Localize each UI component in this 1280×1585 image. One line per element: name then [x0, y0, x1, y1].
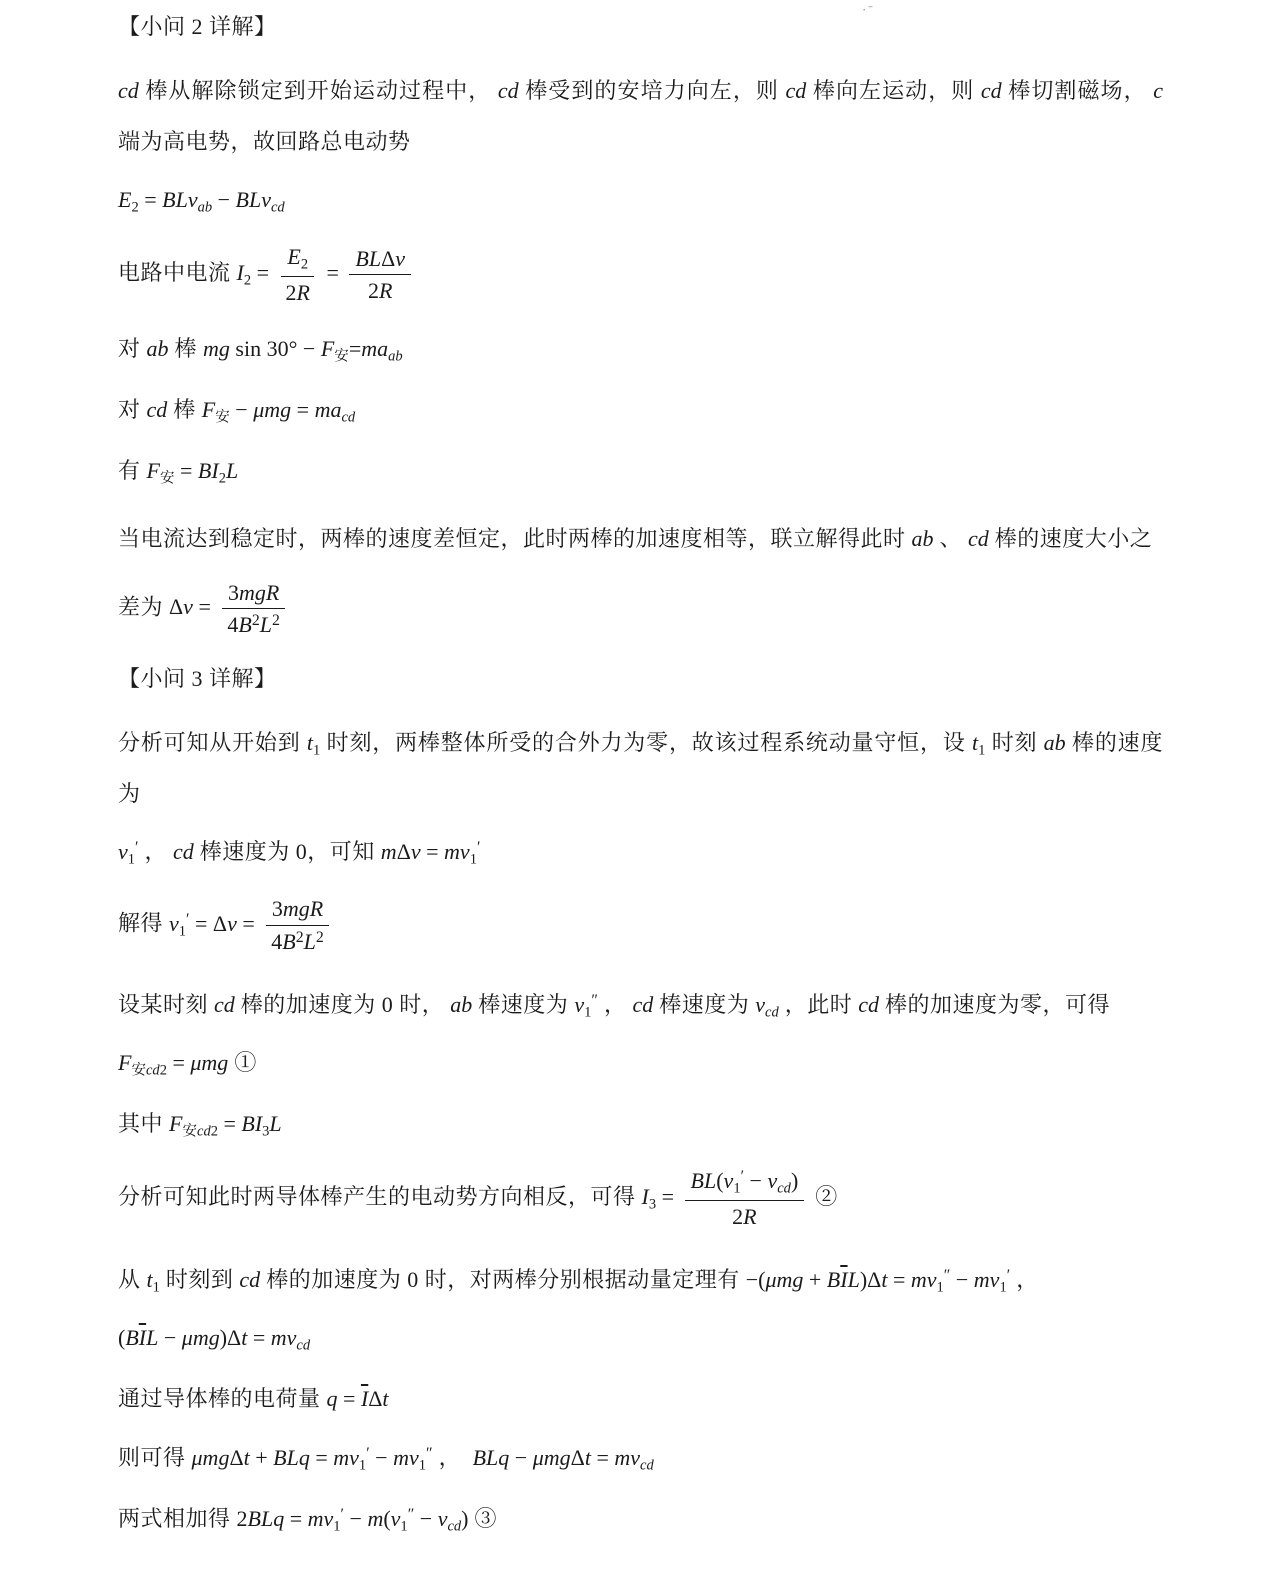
- math-expression: v1′: [118, 839, 139, 864]
- formula-line: 分析可知此时两导体棒产生的电动势方向相反，可得 I3 = BL(v1′ − vc…: [118, 1166, 1163, 1232]
- formula-line: 通过导体棒的电荷量 q = IΔt: [118, 1380, 1163, 1417]
- text-run: ，: [1010, 1267, 1039, 1292]
- text-run: 设某时刻: [118, 992, 214, 1017]
- math-expression: μmgΔt + BLq = mv1′ − mv1″: [192, 1445, 433, 1470]
- math-expression: cd: [858, 992, 879, 1017]
- text-run: 【小问 3 详解】: [118, 666, 277, 691]
- formula-line: 对 ab 棒 mg sin 30° − F安=maab: [118, 330, 1163, 369]
- formula-line: 其中 F安cd2 = BI3L: [118, 1105, 1163, 1144]
- math-expression: cd: [981, 78, 1002, 103]
- text-run: 有: [118, 458, 147, 483]
- text-run: 棒向左运动，则: [806, 78, 981, 103]
- text-run: 当电流达到稳定时，两棒的速度差恒定，此时两棒的加速度相等，联立解得此时: [118, 526, 912, 551]
- text-run: 棒速度为 0，可知: [194, 839, 381, 864]
- math-expression: ab: [912, 526, 934, 551]
- math-expression: −(μmg + BIL)Δt = mv1″ − mv1′: [746, 1267, 1010, 1292]
- text-run: 时刻到: [160, 1267, 240, 1292]
- math-expression: F安 − μmg = macd: [202, 397, 355, 422]
- math-expression: Δv = 3mgR4B2L2: [169, 594, 291, 619]
- formula-line: 解得 v1′ = Δv = 3mgR4B2L2: [118, 894, 1163, 957]
- section-heading: 【小问 3 详解】: [118, 662, 1163, 695]
- math-expression: I2 = E22R = BLΔv2R: [237, 260, 417, 285]
- math-expression: t1: [307, 730, 320, 755]
- text-run: 其中: [118, 1111, 169, 1136]
- math-expression: cd: [147, 397, 168, 422]
- math-expression: q = IΔt: [327, 1386, 389, 1411]
- text-run: 【小问 2 详解】: [118, 14, 277, 39]
- text-run: 棒切割磁场，: [1002, 78, 1154, 103]
- text-run: 棒: [167, 397, 202, 422]
- text-run: ①: [228, 1050, 257, 1075]
- math-expression: t1: [972, 730, 985, 755]
- text-run: 时刻: [985, 730, 1043, 755]
- math-expression: BLq − μmgΔt = mvcd: [473, 1445, 654, 1470]
- text-run: 、: [934, 526, 969, 551]
- math-expression: ab: [147, 336, 169, 361]
- text-run: ，: [139, 839, 174, 864]
- text-run: 棒: [169, 336, 204, 361]
- text-run: 对: [118, 336, 147, 361]
- math-expression: t1: [147, 1267, 160, 1292]
- formula-line: 差为 Δv = 3mgR4B2L2: [118, 578, 1163, 641]
- math-expression: I3 = BL(v1′ − vcd)2R: [642, 1184, 810, 1209]
- formula-line: 则可得 μmgΔt + BLq = mv1′ − mv1″ ， BLq − μm…: [118, 1439, 1163, 1478]
- math-expression: c: [1153, 78, 1163, 103]
- formula-line: 对 cd 棒 F安 − μmg = macd: [118, 391, 1163, 430]
- text-run: 解得: [118, 911, 169, 936]
- text-run: 端为高电势，故回路总电动势: [118, 129, 411, 154]
- math-expression: mg sin 30° − F安=maab: [203, 336, 403, 361]
- text-run: 棒的加速度为零，可得: [879, 992, 1110, 1017]
- text-run: 棒的加速度为 0 时，对两棒分别根据动量定理有: [260, 1267, 746, 1292]
- math-expression: v1″: [574, 992, 598, 1017]
- text-run: 时刻，两棒整体所受的合外力为零，故该过程系统动量守恒，设: [320, 730, 972, 755]
- text-run: 分析可知从开始到: [118, 730, 307, 755]
- document-body: 【小问 2 详解】cd 棒从解除锁定到开始运动过程中， cd 棒受到的安培力向左…: [118, 10, 1163, 1539]
- math-expression: cd: [632, 992, 653, 1017]
- math-expression: cd: [173, 839, 194, 864]
- math-expression: vcd: [755, 992, 778, 1017]
- formula-line: 两式相加得 2BLq = mv1′ − m(v1″ − vcd) ③: [118, 1500, 1163, 1539]
- math-expression: 2BLq = mv1′ − m(v1″ − vcd): [237, 1506, 469, 1531]
- text-run: ②: [809, 1184, 838, 1209]
- math-expression: v1′ = Δv = 3mgR4B2L2: [169, 911, 335, 936]
- text-run: 差为: [118, 594, 169, 619]
- math-expression: cd: [214, 992, 235, 1017]
- math-expression: ab: [450, 992, 472, 1017]
- math-expression: cd: [968, 526, 989, 551]
- text-run: 通过导体棒的电荷量: [118, 1386, 327, 1411]
- formula-line: 有 F安 = BI2L: [118, 452, 1163, 491]
- formula-line: E2 = BLvab − BLvcd: [118, 181, 1163, 220]
- text-run: 两式相加得: [118, 1506, 237, 1531]
- text-run: 从: [118, 1267, 147, 1292]
- paragraph: cd 棒从解除锁定到开始运动过程中， cd 棒受到的安培力向左，则 cd 棒向左…: [118, 65, 1163, 167]
- section-heading: 【小问 2 详解】: [118, 10, 1163, 43]
- text-run: 棒受到的安培力向左，则: [519, 78, 786, 103]
- text-run: 电路中电流: [118, 260, 237, 285]
- formula-line: F安cd2 = μmg ①: [118, 1044, 1163, 1083]
- text-run: ③: [469, 1506, 498, 1531]
- text-run: 则可得: [118, 1445, 192, 1470]
- paragraph: 分析可知从开始到 t1 时刻，两棒整体所受的合外力为零，故该过程系统动量守恒，设…: [118, 717, 1163, 819]
- paragraph: 设某时刻 cd 棒的加速度为 0 时， ab 棒速度为 v1″ ， cd 棒速度…: [118, 979, 1163, 1030]
- math-expression: ab: [1044, 730, 1066, 755]
- solution-document: ·ˉ 【小问 2 详解】cd 棒从解除锁定到开始运动过程中， cd 棒受到的安培…: [0, 0, 1280, 1585]
- text-run: 对: [118, 397, 147, 422]
- math-expression: E2 = BLvab − BLvcd: [118, 187, 285, 212]
- text-run: 棒从解除锁定到开始运动过程中，: [139, 78, 498, 103]
- math-expression: (BIL − μmg)Δt = mvcd: [118, 1325, 310, 1350]
- math-expression: mΔv = mv1′: [381, 839, 481, 864]
- formula-line: 电路中电流 I2 = E22R = BLΔv2R: [118, 242, 1163, 308]
- text-run: 棒的速度大小之: [989, 526, 1153, 551]
- formula-line: v1′ ， cd 棒速度为 0，可知 mΔv = mv1′: [118, 833, 1163, 872]
- text-run: 棒速度为: [653, 992, 755, 1017]
- math-expression: F安 = BI2L: [147, 458, 239, 483]
- text-run: ，此时: [779, 992, 859, 1017]
- text-run: ，: [598, 992, 633, 1017]
- paragraph: 当电流达到稳定时，两棒的速度差恒定，此时两棒的加速度相等，联立解得此时 ab 、…: [118, 513, 1163, 564]
- text-run: 分析可知此时两导体棒产生的电动势方向相反，可得: [118, 1184, 642, 1209]
- math-expression: cd: [786, 78, 807, 103]
- math-expression: cd: [118, 78, 139, 103]
- text-run: ，: [433, 1445, 473, 1470]
- math-expression: F安cd2 = BI3L: [169, 1111, 282, 1136]
- math-expression: cd: [498, 78, 519, 103]
- text-run: 棒速度为: [472, 992, 574, 1017]
- math-expression: cd: [239, 1267, 260, 1292]
- scan-artifact: ·ˉ: [862, 2, 875, 18]
- text-run: 棒的加速度为 0 时，: [235, 992, 451, 1017]
- formula-line: (BIL − μmg)Δt = mvcd: [118, 1319, 1163, 1358]
- math-expression: F安cd2 = μmg: [118, 1050, 228, 1075]
- paragraph: 从 t1 时刻到 cd 棒的加速度为 0 时，对两棒分别根据动量定理有 −(μm…: [118, 1254, 1163, 1305]
